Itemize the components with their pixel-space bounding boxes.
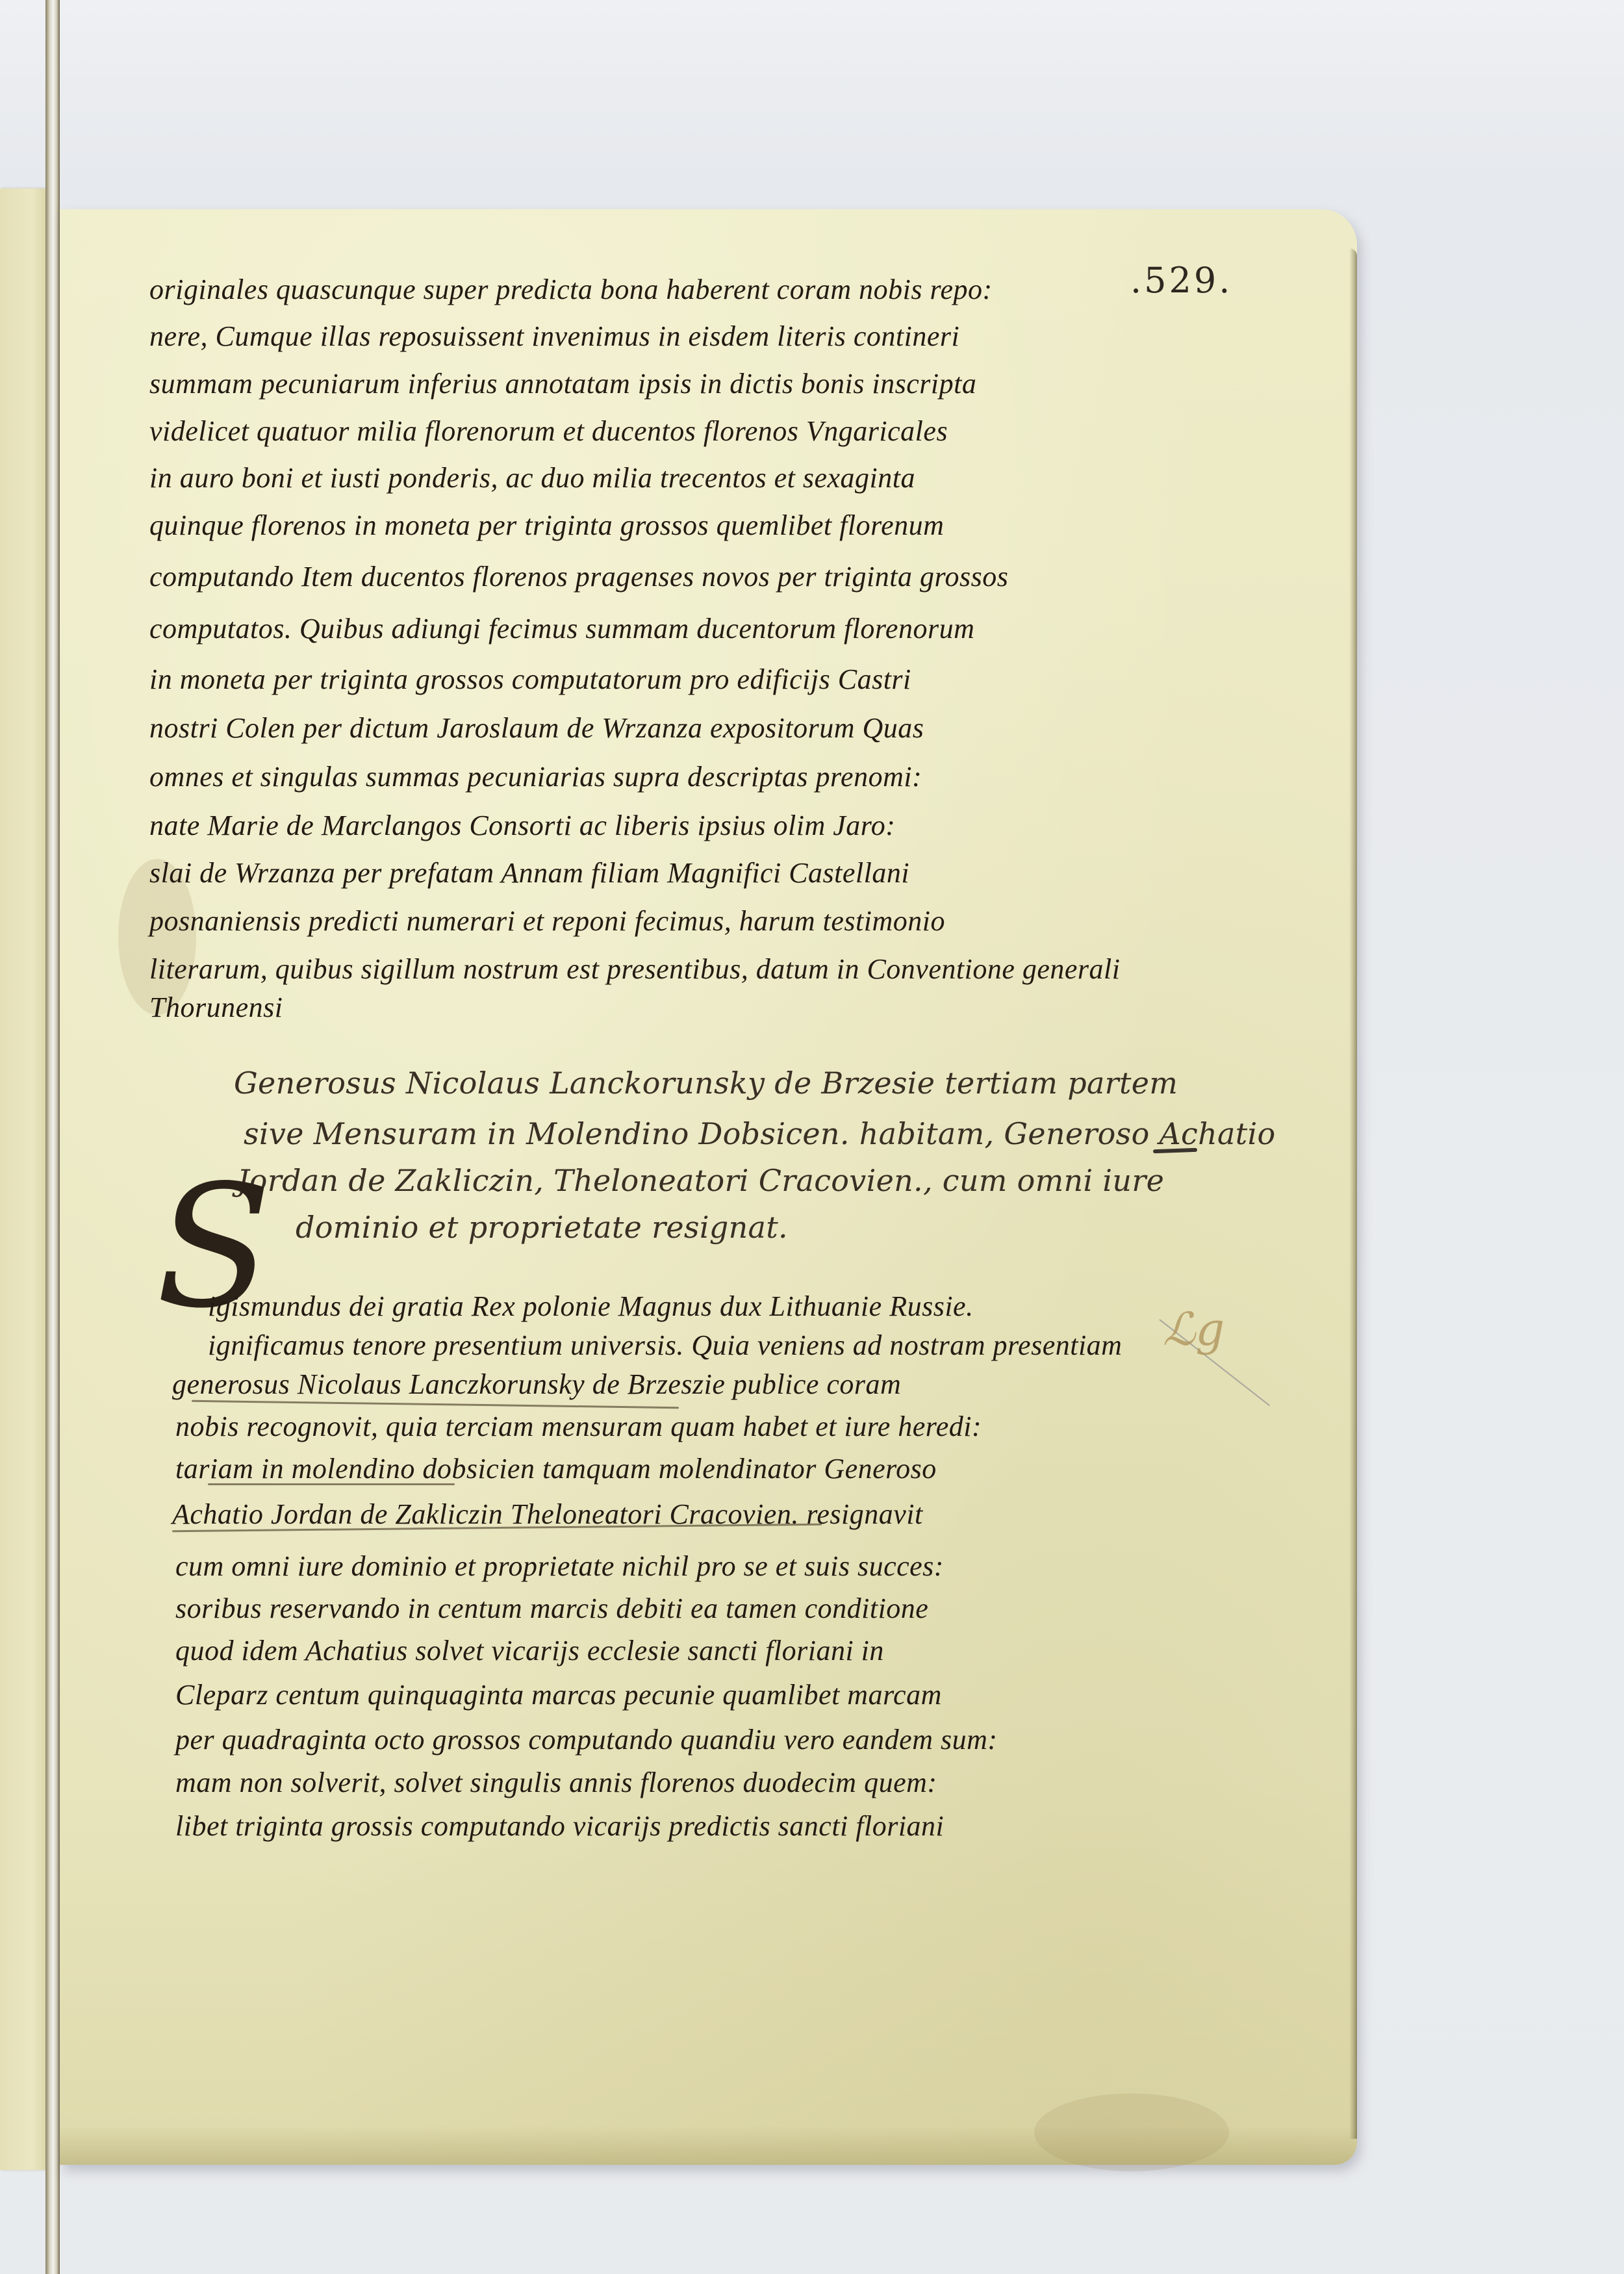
text-line: Thorunensi: [149, 991, 283, 1024]
text-line: originales quascunque super predicta bon…: [149, 273, 993, 306]
folio-right-edge: [1349, 248, 1357, 2139]
text-line: libet triginta grossis computando vicari…: [175, 1809, 944, 1843]
text-line: per quadraginta octo grossos computando …: [175, 1723, 998, 1756]
text-line: omnes et singulas summas pecuniarias sup…: [149, 760, 922, 793]
text-line: tariam in molendino dobsicien tamquam mo…: [175, 1452, 937, 1485]
text-line: summam pecuniarum inferius annotatam ips…: [149, 367, 976, 400]
text-line: computando Item ducentos florenos pragen…: [149, 560, 1008, 593]
text-line: mam non solverit, solvet singulis annis …: [175, 1766, 937, 1799]
text-line: ignificamus tenore presentium universis.…: [208, 1329, 1122, 1362]
text-line: nostri Colen per dictum Jaroslaum de Wrz…: [149, 711, 924, 745]
binding-gutter: [45, 0, 60, 2274]
heading-line: dominio et proprietate resignat.: [296, 1210, 788, 1245]
text-line: nere, Cumque illas reposuissent invenimu…: [149, 320, 959, 353]
text-line: Cleparz centum quinquaginta marcas pecun…: [175, 1678, 942, 1711]
text-line: quod idem Achatius solvet vicarijs eccle…: [175, 1634, 884, 1667]
text-line: generosus Nicolaus Lanczkorunsky de Brze…: [172, 1368, 901, 1401]
text-line: videlicet quatuor milia florenorum et du…: [149, 415, 948, 448]
text-line: igismundus dei gratia Rex polonie Magnus…: [208, 1290, 974, 1323]
text-line: in moneta per triginta grossos computato…: [149, 663, 911, 696]
heading-line: Jordan de Zakliczin, Theloneatori Cracov…: [237, 1163, 1164, 1198]
text-line: literarum, quibus sigillum nostrum est p…: [149, 952, 1120, 986]
text-line: soribus reservando in centum marcis debi…: [175, 1592, 928, 1625]
text-line: posnaniensis predicti numerari et reponi…: [149, 904, 945, 938]
text-line: in auro boni et iusti ponderis, ac duo m…: [149, 461, 915, 494]
margin-annotation: ℒg: [1163, 1303, 1224, 1356]
text-line: quinque florenos in moneta per triginta …: [149, 509, 944, 542]
heading-line: Generosus Nicolaus Lanckorunsky de Brzes…: [234, 1066, 1178, 1101]
text-line: cum omni iure dominio et proprietate nic…: [175, 1550, 944, 1583]
folio-number: .529.: [1130, 260, 1232, 301]
facing-page-edge: [0, 188, 45, 2170]
text-line: nobis recognovit, quia terciam mensuram …: [175, 1410, 982, 1443]
text-line: slai de Wrzanza per prefatam Annam filia…: [149, 856, 909, 889]
text-line: computatos. Quibus adiungi fecimus summa…: [149, 612, 974, 645]
text-line: nate Marie de Marclangos Consorti ac lib…: [149, 809, 895, 842]
underline-mark: [208, 1483, 455, 1485]
paper-stain: [1034, 2093, 1229, 2171]
heading-line: sive Mensuram in Molendino Dobsicen. hab…: [244, 1116, 1276, 1151]
